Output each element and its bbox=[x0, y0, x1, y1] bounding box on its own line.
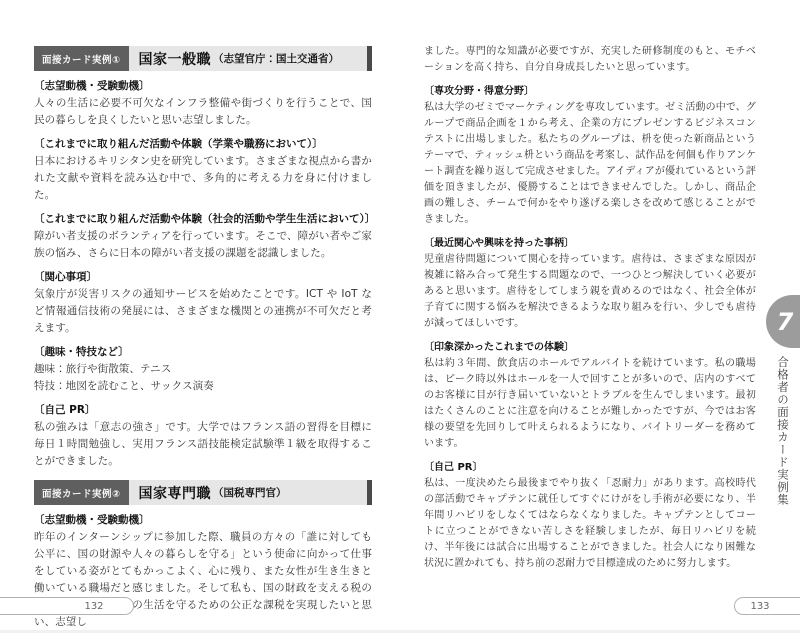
section-major-field: 〔専攻分野・得意分野〕 私は大学のゼミでマーケティングを専攻しています。ゼミ活動… bbox=[424, 84, 756, 228]
section-text: 趣味：旅行や街散策、テニス 特技：地図を読むこと、サックス演奏 bbox=[34, 361, 372, 395]
section-label: 〔志望動機・受験動機〕 bbox=[34, 512, 372, 529]
card-1-badge: 面接カード実例① bbox=[34, 46, 129, 71]
section-label: 〔趣味・特技など〕 bbox=[34, 344, 372, 361]
section-text: 私の強みは「意志の強さ」です。大学ではフランス語の習得を目標に毎日１時間勉強し、… bbox=[34, 419, 372, 470]
section-self-pr-2: 〔自己 PR〕 私は、一度決めたら最後までやり抜く「忍耐力」があります。高校時代… bbox=[424, 460, 756, 572]
header-end-bar bbox=[367, 480, 372, 505]
continuation-paragraph: ました。専門的な知識が必要ですが、充実した研修制度のもと、モチベーションを高く持… bbox=[424, 44, 756, 76]
section-text: 人々の生活に必要不可欠なインフラ整備や街づくりを行うことで、国民の暮らしを良くし… bbox=[34, 95, 372, 129]
section-text: 私は、一度決めたら最後までやり抜く「忍耐力」があります。高校時代の部活動でキャプ… bbox=[424, 476, 756, 572]
section-text: 昨年のインターンシップに参加した際、職員の方々の「誰に対しても公平に、国の財源や… bbox=[34, 529, 372, 631]
chapter-number: 7 bbox=[777, 308, 794, 336]
section-text: 障がい者支援のボランティアを行っています。そこで、障がい者やご家族の悩み、さらに… bbox=[34, 228, 372, 262]
card-1-title: 国家一般職 bbox=[139, 49, 212, 69]
section-label: 〔これまでに取り組んだ活動や体験（社会的活動や学生生活において）〕 bbox=[34, 211, 372, 228]
section-label: 〔専攻分野・得意分野〕 bbox=[424, 84, 756, 100]
card-2-title-wrap: 国家専門職 （国税専門官） bbox=[129, 480, 367, 505]
book-spread: 面接カード実例① 国家一般職 （志望官庁：国土交通省） 〔志望動機・受験動機〕 … bbox=[0, 0, 800, 633]
section-text: 私は約３年間、飲食店のホールでアルバイトを続けています。私の職場は、ピーク時以外… bbox=[424, 356, 756, 452]
section-activities-social: 〔これまでに取り組んだ活動や体験（社会的活動や学生生活において）〕 障がい者支援… bbox=[34, 211, 372, 262]
section-label: 〔最近関心や興味を持った事柄〕 bbox=[424, 236, 756, 252]
interview-card-1-header: 面接カード実例① 国家一般職 （志望官庁：国土交通省） bbox=[34, 46, 372, 71]
card-2-badge: 面接カード実例② bbox=[34, 480, 129, 505]
card-2-subtitle: （国税専門官） bbox=[213, 485, 287, 500]
section-text: 児童虐待問題について関心を持っています。虐待は、さまざまな原因が複雑に絡み合って… bbox=[424, 252, 756, 332]
section-interests: 〔関心事項〕 気象庁が災害リスクの通知サービスを始めたことです。ICT や Io… bbox=[34, 269, 372, 337]
page-number-left: 132 bbox=[0, 597, 134, 615]
section-activities-academic: 〔これまでに取り組んだ活動や体験（学業や職務において）〕 日本におけるキリシタン… bbox=[34, 136, 372, 204]
page-number-right: 133 bbox=[734, 597, 800, 615]
page-right-column: ました。専門的な知識が必要ですが、充実した研修制度のもと、モチベーションを高く持… bbox=[424, 44, 756, 572]
chapter-title-vertical: 合格者の面接カード実例集 bbox=[775, 356, 791, 506]
header-end-bar bbox=[367, 46, 372, 71]
section-label: 〔印象深かったこれまでの体験〕 bbox=[424, 340, 756, 356]
section-label: 〔志望動機・受験動機〕 bbox=[34, 78, 372, 95]
interview-card-2-header: 面接カード実例② 国家専門職 （国税専門官） bbox=[34, 480, 372, 505]
section-memorable-experience: 〔印象深かったこれまでの体験〕 私は約３年間、飲食店のホールでアルバイトを続けて… bbox=[424, 340, 756, 452]
card-1-subtitle: （志望官庁：国土交通省） bbox=[213, 51, 339, 66]
section-motivation-1: 〔志望動機・受験動機〕 人々の生活に必要不可欠なインフラ整備や街づくりを行うこと… bbox=[34, 78, 372, 129]
section-label: 〔自己 PR〕 bbox=[424, 460, 756, 476]
section-self-pr-1: 〔自己 PR〕 私の強みは「意志の強さ」です。大学ではフランス語の習得を目標に毎… bbox=[34, 402, 372, 470]
section-hobbies: 〔趣味・特技など〕 趣味：旅行や街散策、テニス 特技：地図を読むこと、サックス演… bbox=[34, 344, 372, 395]
page-left-column: 面接カード実例① 国家一般職 （志望官庁：国土交通省） 〔志望動機・受験動機〕 … bbox=[34, 46, 372, 631]
section-text: 気象庁が災害リスクの通知サービスを始めたことです。ICT や IoT など情報通… bbox=[34, 286, 372, 337]
section-label: 〔これまでに取り組んだ活動や体験（学業や職務において）〕 bbox=[34, 136, 372, 153]
card-2-title: 国家専門職 bbox=[139, 483, 212, 503]
section-label: 〔関心事項〕 bbox=[34, 269, 372, 286]
section-text: 私は大学のゼミでマーケティングを専攻しています。ゼミ活動の中で、グループで商品企… bbox=[424, 100, 756, 228]
card-1-title-wrap: 国家一般職 （志望官庁：国土交通省） bbox=[129, 46, 367, 71]
section-label: 〔自己 PR〕 bbox=[34, 402, 372, 419]
section-text: 日本におけるキリシタン史を研究しています。さまざまな視点から書かれた文献や資料を… bbox=[34, 153, 372, 204]
chapter-tab: 7 bbox=[766, 295, 800, 348]
section-recent-interest: 〔最近関心や興味を持った事柄〕 児童虐待問題について関心を持っています。虐待は、… bbox=[424, 236, 756, 332]
